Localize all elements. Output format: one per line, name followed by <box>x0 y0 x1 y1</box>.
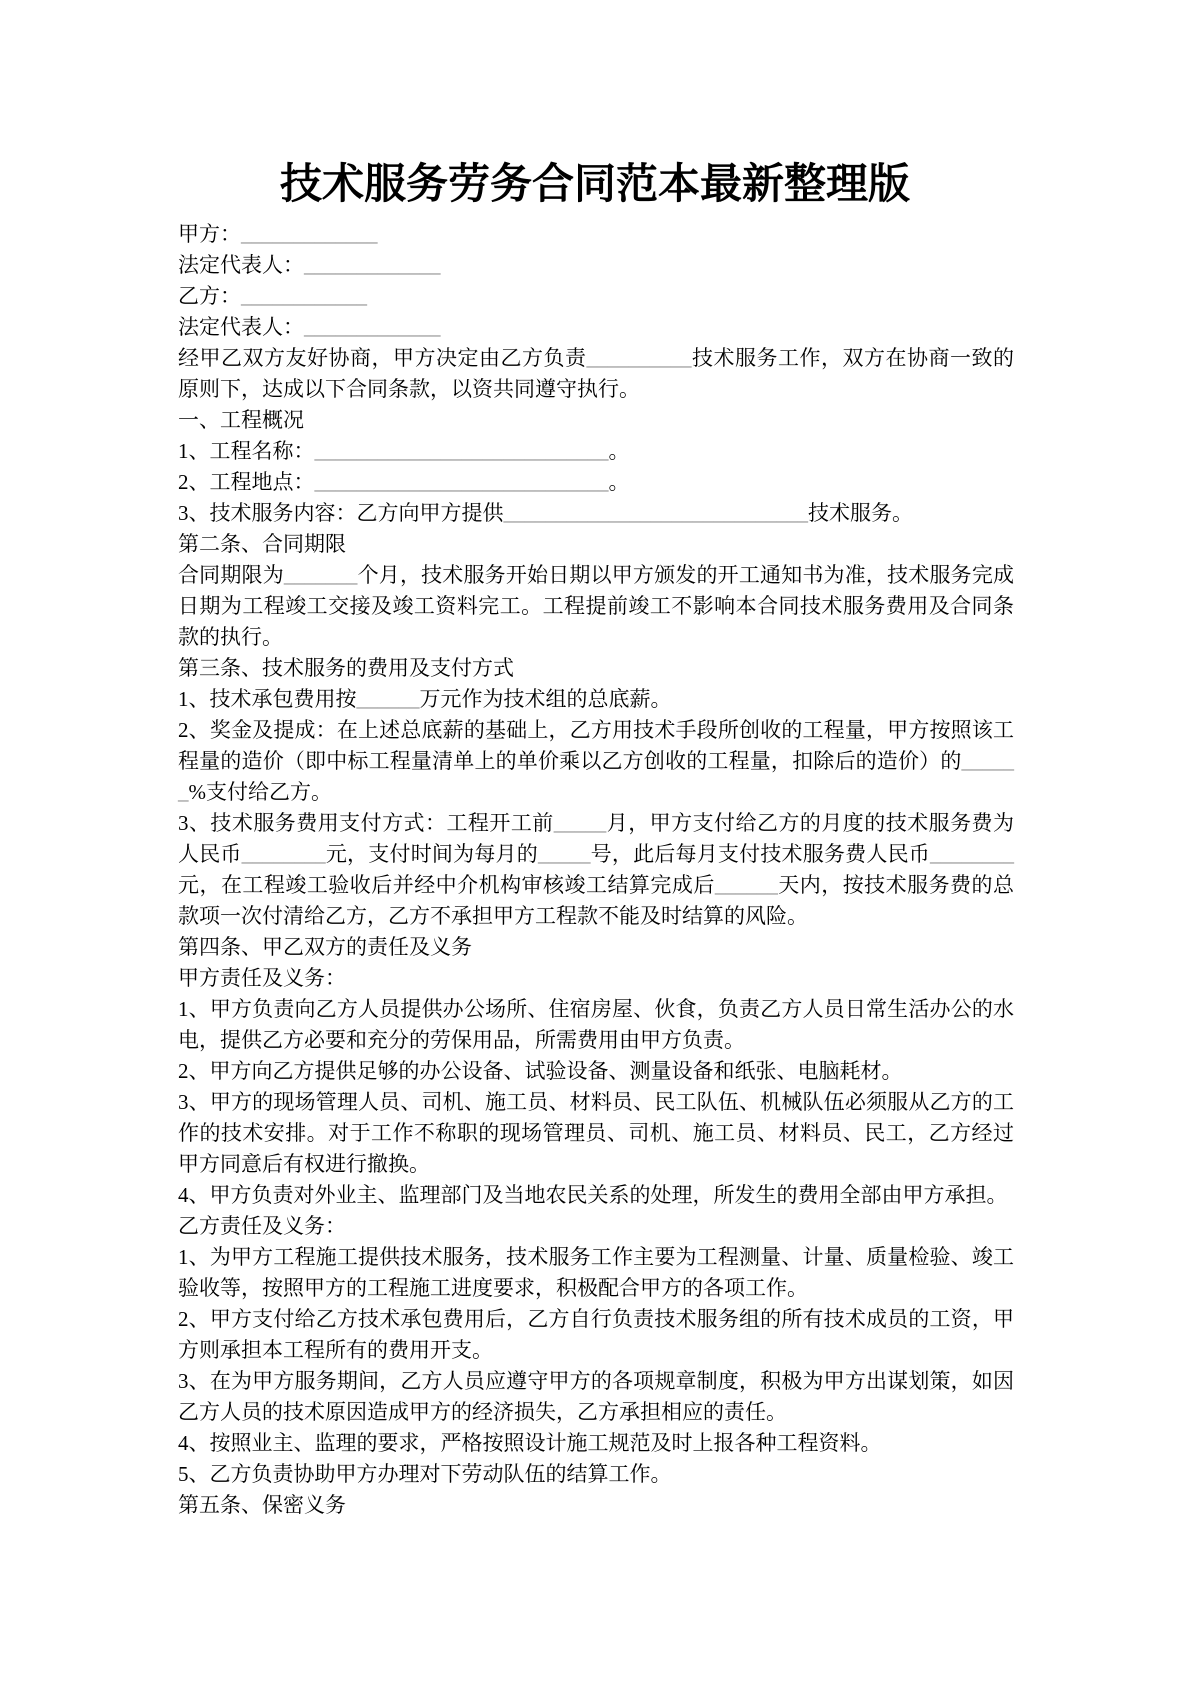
doc-line: 人民币________元，支付时间为每月的_____号，此后每月支付技术服务费人… <box>178 839 1014 870</box>
doc-line: 3、技术服务内容：乙方向甲方提供________________________… <box>178 498 1014 529</box>
doc-line: 原则下，达成以下合同条款，以资共同遵守执行。 <box>178 374 1014 405</box>
doc-line: 法定代表人：_____________ <box>178 312 1014 343</box>
doc-line: 作的技术安排。对于工作不称职的现场管理员、司机、施工员、材料员、民工，乙方经过 <box>178 1118 1014 1149</box>
document-body: 甲方：_____________ 法定代表人：_____________ 乙方：… <box>178 219 1014 1521</box>
doc-line: 4、按照业主、监理的要求，严格按照设计施工规范及时上报各种工程资料。 <box>178 1428 1014 1459</box>
fill-in-blank: _____ <box>554 811 607 835</box>
fill-in-blank: ________ <box>242 842 326 866</box>
fill-in-blank: _____________ <box>304 253 441 277</box>
doc-line: 3、技术服务费用支付方式：工程开工前_____月，甲方支付给乙方的月度的技术服务… <box>178 808 1014 839</box>
doc-line: _%支付给乙方。 <box>178 777 1014 808</box>
doc-line: 甲方责任及义务： <box>178 963 1014 994</box>
doc-line: 验收等，按照甲方的工程施工进度要求，积极配合甲方的各项工作。 <box>178 1273 1014 1304</box>
doc-line: 款项一次付清给乙方，乙方不承担甲方工程款不能及时结算的风险。 <box>178 901 1014 932</box>
fill-in-blank: ____________ <box>241 284 367 308</box>
doc-line: 法定代表人：_____________ <box>178 250 1014 281</box>
doc-line: 3、甲方的现场管理人员、司机、施工员、材料员、民工队伍、机械队伍必须服从乙方的工 <box>178 1087 1014 1118</box>
doc-line: 元，在工程竣工验收后并经中介机构审核竣工结算完成后______天内，按技术服务费… <box>178 870 1014 901</box>
doc-line: 第二条、合同期限 <box>178 529 1014 560</box>
doc-line: 款的执行。 <box>178 622 1014 653</box>
doc-line: 第五条、保密义务 <box>178 1490 1014 1521</box>
doc-line: 1、为甲方工程施工提供技术服务，技术服务工作主要为工程测量、计量、质量检验、竣工 <box>178 1242 1014 1273</box>
doc-line: 4、甲方负责对外业主、监理部门及当地农民关系的处理，所发生的费用全部由甲方承担。 <box>178 1180 1014 1211</box>
doc-line: 合同期限为_______个月，技术服务开始日期以甲方颁发的开工通知书为准，技术服… <box>178 560 1014 591</box>
doc-line: 程量的造价（即中标工程量清单上的单价乘以乙方创收的工程量，扣除后的造价）的___… <box>178 746 1014 777</box>
doc-line: 第四条、甲乙双方的责任及义务 <box>178 932 1014 963</box>
fill-in-blank: _____________ <box>304 315 441 339</box>
doc-line: 2、工程地点：____________________________。 <box>178 467 1014 498</box>
fill-in-blank: _ <box>178 780 189 804</box>
doc-line: 方则承担本工程所有的费用开支。 <box>178 1335 1014 1366</box>
doc-line: 甲方同意后有权进行撤换。 <box>178 1149 1014 1180</box>
doc-line: 2、奖金及提成：在上述总底薪的基础上，乙方用技术手段所创收的工程量，甲方按照该工 <box>178 715 1014 746</box>
doc-line: 电，提供乙方必要和充分的劳保用品，所需费用由甲方负责。 <box>178 1025 1014 1056</box>
doc-line: 经甲乙双方友好协商，甲方决定由乙方负责__________技术服务工作，双方在协… <box>178 343 1014 374</box>
fill-in-blank: _______ <box>284 563 358 587</box>
doc-line: 一、工程概况 <box>178 405 1014 436</box>
fill-in-blank: _____ <box>538 842 591 866</box>
doc-line: 乙方责任及义务： <box>178 1211 1014 1242</box>
fill-in-blank: ______ <box>357 687 420 711</box>
doc-line: 5、乙方负责协助甲方办理对下劳动队伍的结算工作。 <box>178 1459 1014 1490</box>
doc-line: 乙方：____________ <box>178 281 1014 312</box>
fill-in-blank: ______ <box>715 873 778 897</box>
doc-line: 2、甲方支付给乙方技术承包费用后，乙方自行负责技术服务组的所有技术成员的工资，甲 <box>178 1304 1014 1335</box>
doc-line: 3、在为甲方服务期间，乙方人员应遵守甲方的各项规章制度，积极为甲方出谋划策，如因 <box>178 1366 1014 1397</box>
document-page: 技术服务劳务合同范本最新整理版 甲方：_____________ 法定代表人：_… <box>0 0 1190 1683</box>
doc-line: 2、甲方向乙方提供足够的办公设备、试验设备、测量设备和纸张、电脑耗材。 <box>178 1056 1014 1087</box>
doc-line: 甲方：_____________ <box>178 219 1014 250</box>
fill-in-blank: _____ <box>962 749 1015 773</box>
doc-line: 乙方人员的技术原因造成甲方的经济损失，乙方承担相应的责任。 <box>178 1397 1014 1428</box>
fill-in-blank: ________ <box>930 842 1014 866</box>
fill-in-blank: __________ <box>587 346 692 370</box>
document-title: 技术服务劳务合同范本最新整理版 <box>0 160 1190 210</box>
doc-line: 1、工程名称：____________________________。 <box>178 436 1014 467</box>
doc-line: 第三条、技术服务的费用及支付方式 <box>178 653 1014 684</box>
fill-in-blank: ____________________________ <box>315 470 609 494</box>
fill-in-blank: _____________________________ <box>504 501 809 525</box>
fill-in-blank: ____________________________ <box>315 439 609 463</box>
doc-line: 1、技术承包费用按______万元作为技术组的总底薪。 <box>178 684 1014 715</box>
fill-in-blank: _____________ <box>241 222 378 246</box>
doc-line: 1、甲方负责向乙方人员提供办公场所、住宿房屋、伙食，负责乙方人员日常生活办公的水 <box>178 994 1014 1025</box>
doc-line: 日期为工程竣工交接及竣工资料完工。工程提前竣工不影响本合同技术服务费用及合同条 <box>178 591 1014 622</box>
